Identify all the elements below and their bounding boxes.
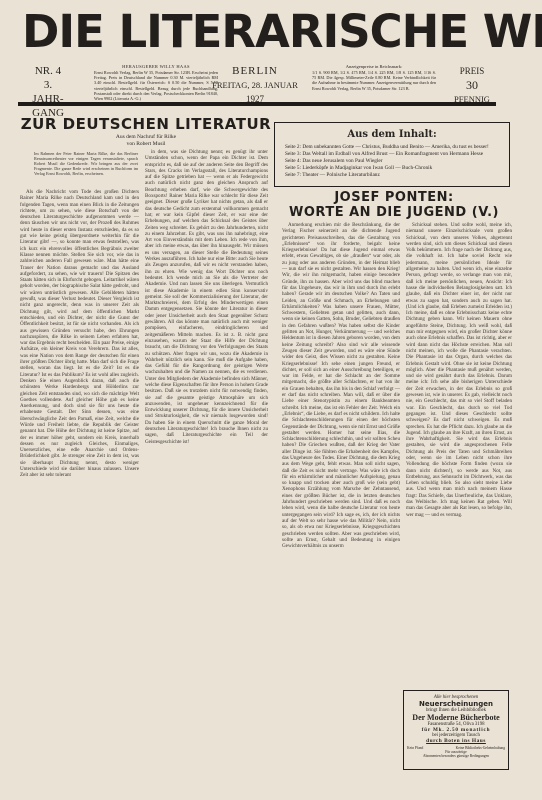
article1-col1-text: Als die Nachricht vom Tode des großen Di… [20, 189, 139, 479]
article1-column1: Als die Nachricht vom Tode des großen Di… [20, 189, 139, 754]
contents-text: Liederköpfe in Madjaginkar von Iwan Goll… [302, 165, 432, 171]
contents-item[interactable]: Seite 3: Das Weltall im Erdball von Alfr… [285, 151, 499, 157]
article1-byline: von Robert Musil [20, 141, 272, 147]
article1-column2: in dem, was sie Dichtung nennt; es genüg… [145, 149, 268, 754]
article1-subtitle: Aus dem Nachruf für Rilke [20, 134, 272, 140]
price-label: PREIS [446, 64, 498, 78]
article1-intro-text: Im Rahmen der Feier Rainer Maria Rilke, … [34, 151, 138, 176]
contents-item[interactable]: Seite 4: Das neue Jerusalem von Paul Wie… [285, 158, 499, 164]
contents-box: Aus dem Inhalt: Seite 2: Dem unbekannten… [274, 122, 510, 187]
ad-footer-line3: Abonnenten besonders günstige Bedingunge… [404, 754, 508, 758]
article2-headline-line1: JOSEF PONTEN: [280, 190, 508, 205]
contents-text: Das Weltall im Erdball von Alfred Brust … [302, 151, 483, 157]
ad-rates: 1/1 S. 900 RM, 1/2 S. 475 RM, 1/4 S. 225… [312, 70, 436, 91]
contents-page: Seite 3: [285, 151, 301, 157]
article2-column1: Anmerkung erschien mir die Beschränkung,… [282, 222, 400, 754]
contents-list: Seite 2: Dem unbekannten Gotte — Christu… [285, 144, 499, 178]
city: BERLIN [210, 64, 300, 78]
contents-page: Seite 4: [285, 158, 301, 164]
publisher-info: Ernst Rowohlt Verlag, Berlin W 35, Potsd… [94, 70, 218, 101]
issue-info: NR. 4 3. JAHR- GANG [28, 64, 68, 120]
ad-rates-block: Anzeigenpreise in Reichsmark: 1/1 S. 900… [312, 64, 436, 91]
contents-item[interactable]: Seite 2: Dem unbekannten Gotte — Christu… [285, 144, 499, 150]
date-block: BERLIN FREITAG, 28. JANUAR 1927 [210, 64, 300, 106]
date: FREITAG, 28. JANUAR [210, 78, 300, 92]
contents-text: Theater — Polnische Literaturbilanz [302, 172, 380, 178]
article2-col1-text: Anmerkung erschien mir die Beschränkung,… [282, 222, 400, 549]
article1-col2-text: in dem, was sie Dichtung nennt; es genüg… [145, 149, 268, 445]
masthead-rule [18, 102, 496, 106]
ad-line4: Der Moderne Bücherbote [404, 713, 508, 722]
contents-text: Dem unbekannten Gotte — Christus, Buddha… [302, 144, 488, 150]
advertisement-box: Alle hier besprochenen Neuerscheinungen … [403, 690, 509, 770]
masthead-title: DIE LITERARISCHE WELT [22, 8, 522, 56]
ad-line8: durch Boten ins Haus [404, 738, 508, 744]
contents-item[interactable]: Seite 5: Liederköpfe in Madjaginkar von … [285, 165, 499, 171]
contents-page: Seite 5: [285, 165, 301, 171]
price-value: 30 [446, 78, 498, 92]
article1-intro: Im Rahmen der Feier Rainer Maria Rilke, … [34, 151, 138, 187]
ad-line2: Neuerscheinungen [404, 700, 508, 708]
article1-headline: ZUR DEUTSCHEN LITERATUR [20, 115, 272, 133]
contents-text: Das neue Jerusalem von Paul Wiegler [302, 158, 382, 164]
issue-number: NR. 4 [28, 64, 68, 78]
ad-footer-left: Kein Pfand [407, 746, 423, 750]
article2-headline-line2: WORTE AN DIE JUGEND (V.) [280, 205, 508, 220]
contents-item[interactable]: Seite 7: Theater — Polnische Literaturbi… [285, 172, 499, 178]
publisher-block: HERAUSGEBER WILLY HAAS Ernst Rowohlt Ver… [94, 64, 218, 101]
article2-col2-text: Schicksal stehen. Und sollte wohl, meine… [406, 222, 512, 518]
article2-column2: Schicksal stehen. Und sollte wohl, meine… [406, 222, 512, 682]
price-block: PREIS 30 PFENNIG [446, 64, 498, 106]
contents-page: Seite 7: [285, 172, 301, 178]
contents-page: Seite 2: [285, 144, 301, 150]
contents-title: Aus dem Inhalt: [275, 129, 509, 140]
